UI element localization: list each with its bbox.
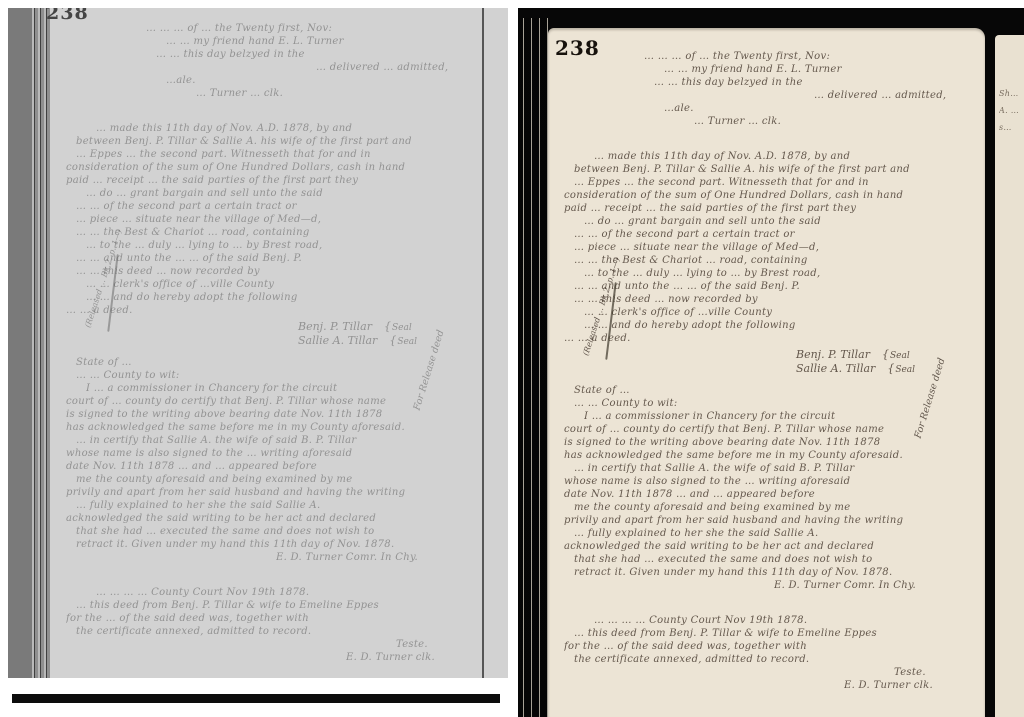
handwriting-line: that she had … executed the same and doe… [574, 553, 975, 566]
seal-mark: Seal [882, 348, 910, 361]
handwriting-line: … … … … County Court Nov 19th 1878. [594, 614, 975, 627]
handwriting-line: … to the … duly … lying to … by Brest ro… [86, 239, 474, 252]
handwriting-line: … delivered … admitted, [814, 89, 975, 102]
scan-comparison: 238 … … … of … the Twenty first, Nov:… …… [0, 0, 1024, 717]
acknowledgment-block: State of …… … County to wit:I … a commis… [564, 384, 975, 579]
handwriting-line: paid … receipt … the said parties of the… [66, 174, 474, 187]
handwriting-line: E. D. Turner clk. [844, 679, 975, 692]
handwriting-line: me the county aforesaid and being examin… [574, 501, 975, 514]
handwriting-line: … Eppes … the second part. Witnesseth th… [574, 176, 975, 189]
signature-name: Benj. P. Tillar [796, 348, 870, 362]
handwriting-line: … do … grant bargain and sell unto the s… [86, 187, 474, 200]
handwriting-line: has acknowledged the same before me in m… [564, 449, 975, 462]
handwriting-line: has acknowledged the same before me in m… [66, 421, 474, 434]
handwriting-line: s… [999, 121, 1024, 134]
handwriting-line: … … of the second part a certain tract o… [76, 200, 474, 213]
signature-name: Benj. P. Tillar [298, 320, 372, 334]
handwriting-line: … fully explained to her she the said Sa… [76, 499, 474, 512]
seal-mark: Seal [389, 334, 417, 347]
handwriting-line: … this deed from Benj. P. Tillar & wife … [76, 599, 474, 612]
handwriting-line: … … County to wit: [574, 397, 975, 410]
handwriting-line: … Eppes … the second part. Witnesseth th… [76, 148, 474, 161]
handwriting-line: … … … … County Court Nov 19th 1878. [96, 586, 474, 599]
handwriting-line: … delivered … admitted, [316, 61, 474, 74]
prior-entry-block: … … … of … the Twenty first, Nov:… … my … [564, 50, 975, 128]
handwriting-line: … made this 11th day of Nov. A.D. 1878, … [594, 150, 975, 163]
left-grayscale-scan: 238 … … … of … the Twenty first, Nov:… …… [8, 8, 508, 678]
handwriting-line: whose name is also signed to the … writi… [66, 447, 474, 460]
handwriting-line: retract it. Given under my hand this 11t… [76, 538, 474, 551]
recording-block: … … … … County Court Nov 19th 1878.… thi… [564, 614, 975, 692]
handwriting-line: between Benj. P. Tillar & Sallie A. his … [574, 163, 975, 176]
handwriting-line: … … my friend hand E. L. Turner [166, 35, 474, 48]
handwriting-line: A. … [999, 104, 1024, 117]
handwriting-line: retract it. Given under my hand this 11t… [574, 566, 975, 579]
handwriting-line: … … of the second part a certain tract o… [574, 228, 975, 241]
recording-block: … … … … County Court Nov 19th 1878.… thi… [66, 586, 474, 664]
acknowledgment-block: State of …… … County to wit:I … a commis… [66, 356, 474, 551]
handwriting-line: … … and unto the … … of the said Benj. P… [574, 280, 975, 293]
handwriting-line: that she had … executed the same and doe… [76, 525, 474, 538]
handwriting-line: is signed to the writing above bearing d… [564, 436, 975, 449]
handwriting-line: … … my friend hand E. L. Turner [664, 63, 975, 76]
handwriting-line: privily and apart from her said husband … [564, 514, 975, 527]
handwriting-line: acknowledged the said writing to be her … [66, 512, 474, 525]
handwriting-line: … … the Best & Chariot … road, containin… [574, 254, 975, 267]
handwriting-line: consideration of the sum of One Hundred … [564, 189, 975, 202]
handwriting-line: … … clerk's office of …ville County [584, 306, 975, 319]
deed-book-page: 238 … … … of … the Twenty first, Nov:… …… [548, 28, 985, 717]
separator-bar [12, 694, 500, 703]
handwriting-line: consideration of the sum of One Hundred … [66, 161, 474, 174]
handwriting-line: … … this deed … now recorded by [76, 265, 474, 278]
handwriting-line: … do … grant bargain and sell unto the s… [584, 215, 975, 228]
handwriting-line: … to the … duly … lying to … by Brest ro… [584, 267, 975, 280]
seal-mark: Seal [384, 320, 412, 333]
signature-row: Sallie A. Tillar Seal [298, 334, 474, 348]
handwriting-line: acknowledged the said writing to be her … [564, 540, 975, 553]
handwritten-record: … … … of … the Twenty first, Nov:… … my … [564, 50, 975, 717]
signature-name: Sallie A. Tillar [796, 362, 875, 376]
commissioner-signature: E. D. Turner Comr. In Chy. [774, 579, 975, 592]
page-gutter-line [482, 8, 484, 678]
handwriting-line: … … County to wit: [76, 369, 474, 382]
handwriting-line: … fully explained to her she the said Sa… [574, 527, 975, 540]
page-edge-streaks [32, 8, 50, 678]
handwriting-line: … … this deed … now recorded by [574, 293, 975, 306]
handwriting-line: … in certify that Sallie A. the wife of … [574, 462, 975, 475]
right-enhanced-scan: 238 … … … of … the Twenty first, Nov:… …… [518, 8, 1024, 717]
signature-name: Sallie A. Tillar [298, 334, 377, 348]
prior-entry-block: … … … of … the Twenty first, Nov:… … my … [66, 22, 474, 100]
handwriting-line: … Turner … clk. [694, 115, 975, 128]
handwriting-line: E. D. Turner clk. [346, 651, 474, 664]
handwriting-line: … … the Best & Chariot … road, containin… [76, 226, 474, 239]
handwriting-line: … … this day belzyed in the [654, 76, 975, 89]
handwriting-line: State of … [76, 356, 474, 369]
handwriting-line: … … and do hereby adopt the following [584, 319, 975, 332]
handwriting-line: … … and do hereby adopt the following [86, 291, 474, 304]
facing-page-sliver: Sh…A. …s… [995, 35, 1024, 717]
handwriting-line: privily and apart from her said husband … [66, 486, 474, 499]
handwriting-line: Sh… [999, 87, 1024, 100]
handwriting-line: … … clerk's office of …ville County [86, 278, 474, 291]
handwriting-line: Teste. [894, 666, 975, 679]
seal-mark: Seal [887, 362, 915, 375]
handwriting-line: for the … of the said deed was, together… [564, 640, 975, 653]
handwriting-line: for the … of the said deed was, together… [66, 612, 474, 625]
handwriting-line: … … this day belzyed in the [156, 48, 474, 61]
handwriting-line: … piece … situate near the village of Me… [76, 213, 474, 226]
handwriting-line: date Nov. 11th 1878 … and … appeared bef… [66, 460, 474, 473]
handwriting-line: paid … receipt … the said parties of the… [564, 202, 975, 215]
handwriting-line: is signed to the writing above bearing d… [66, 408, 474, 421]
handwriting-line: … made this 11th day of Nov. A.D. 1878, … [96, 122, 474, 135]
commissioner-signature: E. D. Turner Comr. In Chy. [276, 551, 474, 564]
handwriting-line: whose name is also signed to the … writi… [564, 475, 975, 488]
page-edge-streaks [520, 18, 550, 717]
handwriting-line: …ale. [664, 102, 975, 115]
handwriting-line: the certificate annexed, admitted to rec… [574, 653, 975, 666]
handwriting-line: …ale. [166, 74, 474, 87]
handwriting-line: … … a deed. [66, 304, 474, 317]
deed-body-block: … made this 11th day of Nov. A.D. 1878, … [66, 122, 474, 317]
signature-row: Sallie A. Tillar Seal [796, 362, 975, 376]
handwriting-line: Teste. [396, 638, 474, 651]
handwriting-line: … in certify that Sallie A. the wife of … [76, 434, 474, 447]
handwriting-line: me the county aforesaid and being examin… [76, 473, 474, 486]
handwriting-line: … … a deed. [564, 332, 975, 345]
deed-body-block: … made this 11th day of Nov. A.D. 1878, … [564, 150, 975, 345]
handwriting-line: … Turner … clk. [196, 87, 474, 100]
handwriting-line: State of … [574, 384, 975, 397]
handwriting-line: … … … of … the Twenty first, Nov: [644, 50, 975, 63]
handwriting-line: … piece … situate near the village of Me… [574, 241, 975, 254]
handwritten-record: … … … of … the Twenty first, Nov:… … my … [66, 22, 474, 678]
handwriting-line: … … … of … the Twenty first, Nov: [146, 22, 474, 35]
handwriting-line: the certificate annexed, admitted to rec… [76, 625, 474, 638]
handwriting-line: between Benj. P. Tillar & Sallie A. his … [76, 135, 474, 148]
handwriting-line: … … and unto the … … of the said Benj. P… [76, 252, 474, 265]
handwriting-line: … this deed from Benj. P. Tillar & wife … [574, 627, 975, 640]
book-binding-shadow [8, 8, 32, 678]
handwriting-line: date Nov. 11th 1878 … and … appeared bef… [564, 488, 975, 501]
